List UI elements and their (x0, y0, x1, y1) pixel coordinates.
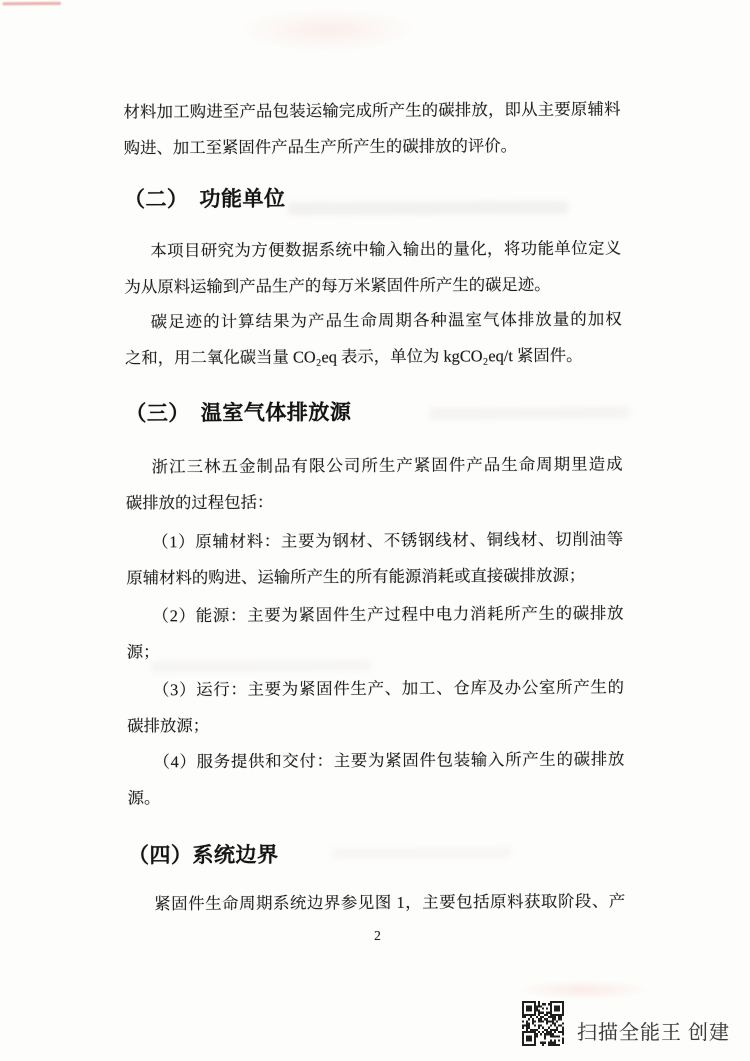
list-item: （2）能源：主要为紧固件生产过程中电力消耗所产生的碳排放 源； (126, 595, 623, 670)
section-heading-system-boundary: （四）系统边界 (128, 839, 628, 870)
paragraph: 碳足迹的计算结果为产品生命周期各种温室气体排放量的加权 之和，用二氧化碳当量 C… (125, 301, 622, 376)
list-item: （3）运行：主要为紧固件生产、加工、仓库及办公室所产生的 碳排放源； (127, 669, 624, 744)
text-line: 碳排放源； (127, 705, 624, 744)
text-line: 为从原料运输到产品生产的每万米紧固件所产生的碳足迹。 (124, 266, 621, 305)
text-line: 源； (127, 631, 624, 670)
paragraph: 本项目研究为方便数据系统中输入输出的量化，将功能单位定义 为从原料运输到产品生产… (124, 230, 621, 305)
scan-pink-smudge (240, 8, 415, 53)
text-line: 碳足迹的计算结果为产品生命周期各种温室气体排放量的加权 (125, 301, 622, 340)
text-line: 购进、加工至紧固件产品生产所产生的碳排放的评价。 (124, 127, 621, 166)
list-item: （1）原辅材料：主要为钢材、不锈钢线材、铜线材、切削油等 原辅材料的购进、运输所… (126, 521, 623, 596)
text-line: （1）原辅材料：主要为钢材、不锈钢线材、铜线材、切削油等 (126, 521, 623, 560)
text-line: 紧固件生命周期系统边界参见图 1，主要包括原料获取阶段、产 (128, 883, 625, 922)
text-line: 本项目研究为方便数据系统中输入输出的量化，将功能单位定义 (124, 230, 621, 269)
scan-red-mark (3, 2, 61, 5)
text-line: 材料加工购进至产品包装运输完成所产生的碳排放，即从主要原辅料 (123, 91, 620, 130)
paragraph: 浙江三林五金制品有限公司所生产紧固件产品生命周期里造成 碳排放的过程包括： (126, 446, 623, 521)
document-content: 材料加工购进至产品包装运输完成所产生的碳排放，即从主要原辅料 购进、加工至紧固件… (0, 0, 750, 1061)
text-line: 源。 (128, 777, 625, 816)
qr-code-svg (522, 1001, 564, 1046)
section-heading-functional-unit: （二） 功能单位 (124, 183, 624, 214)
text-line: 碳排放的过程包括： (126, 482, 623, 521)
text-line: 原辅材料的购进、运输所产生的所有能源消耗或直接碳排放源； (126, 557, 623, 596)
text-line: 之和，用二氧化碳当量 CO₂eq 表示，单位为 kgCO₂eq/t 紧固件。 (125, 337, 622, 376)
text-line: （2）能源：主要为紧固件生产过程中电力消耗所产生的碳排放 (126, 595, 623, 634)
text-line: （4）服务提供和交付：主要为紧固件包装输入所产生的碳排放 (127, 741, 624, 780)
section-heading-ghg-sources: （三） 温室气体排放源 (125, 397, 625, 428)
text-line: （3）运行：主要为紧固件生产、加工、仓库及办公室所产生的 (127, 669, 624, 708)
scanned-document-page: 材料加工购进至产品包装运输完成所产生的碳排放，即从主要原辅料 购进、加工至紧固件… (0, 0, 750, 1061)
list-item: （4）服务提供和交付：主要为紧固件包装输入所产生的碳排放 源。 (127, 741, 624, 816)
paragraph: 紧固件生命周期系统边界参见图 1，主要包括原料获取阶段、产 (128, 883, 625, 922)
paragraph-intro: 材料加工购进至产品包装运输完成所产生的碳排放，即从主要原辅料 购进、加工至紧固件… (123, 91, 620, 166)
text-line: 浙江三林五金制品有限公司所生产紧固件产品生命周期里造成 (126, 446, 623, 485)
camscanner-watermark: 扫描全能王 创建 (577, 1020, 730, 1046)
page-number: 2 (2, 926, 750, 947)
qr-code-icon (522, 1001, 564, 1046)
